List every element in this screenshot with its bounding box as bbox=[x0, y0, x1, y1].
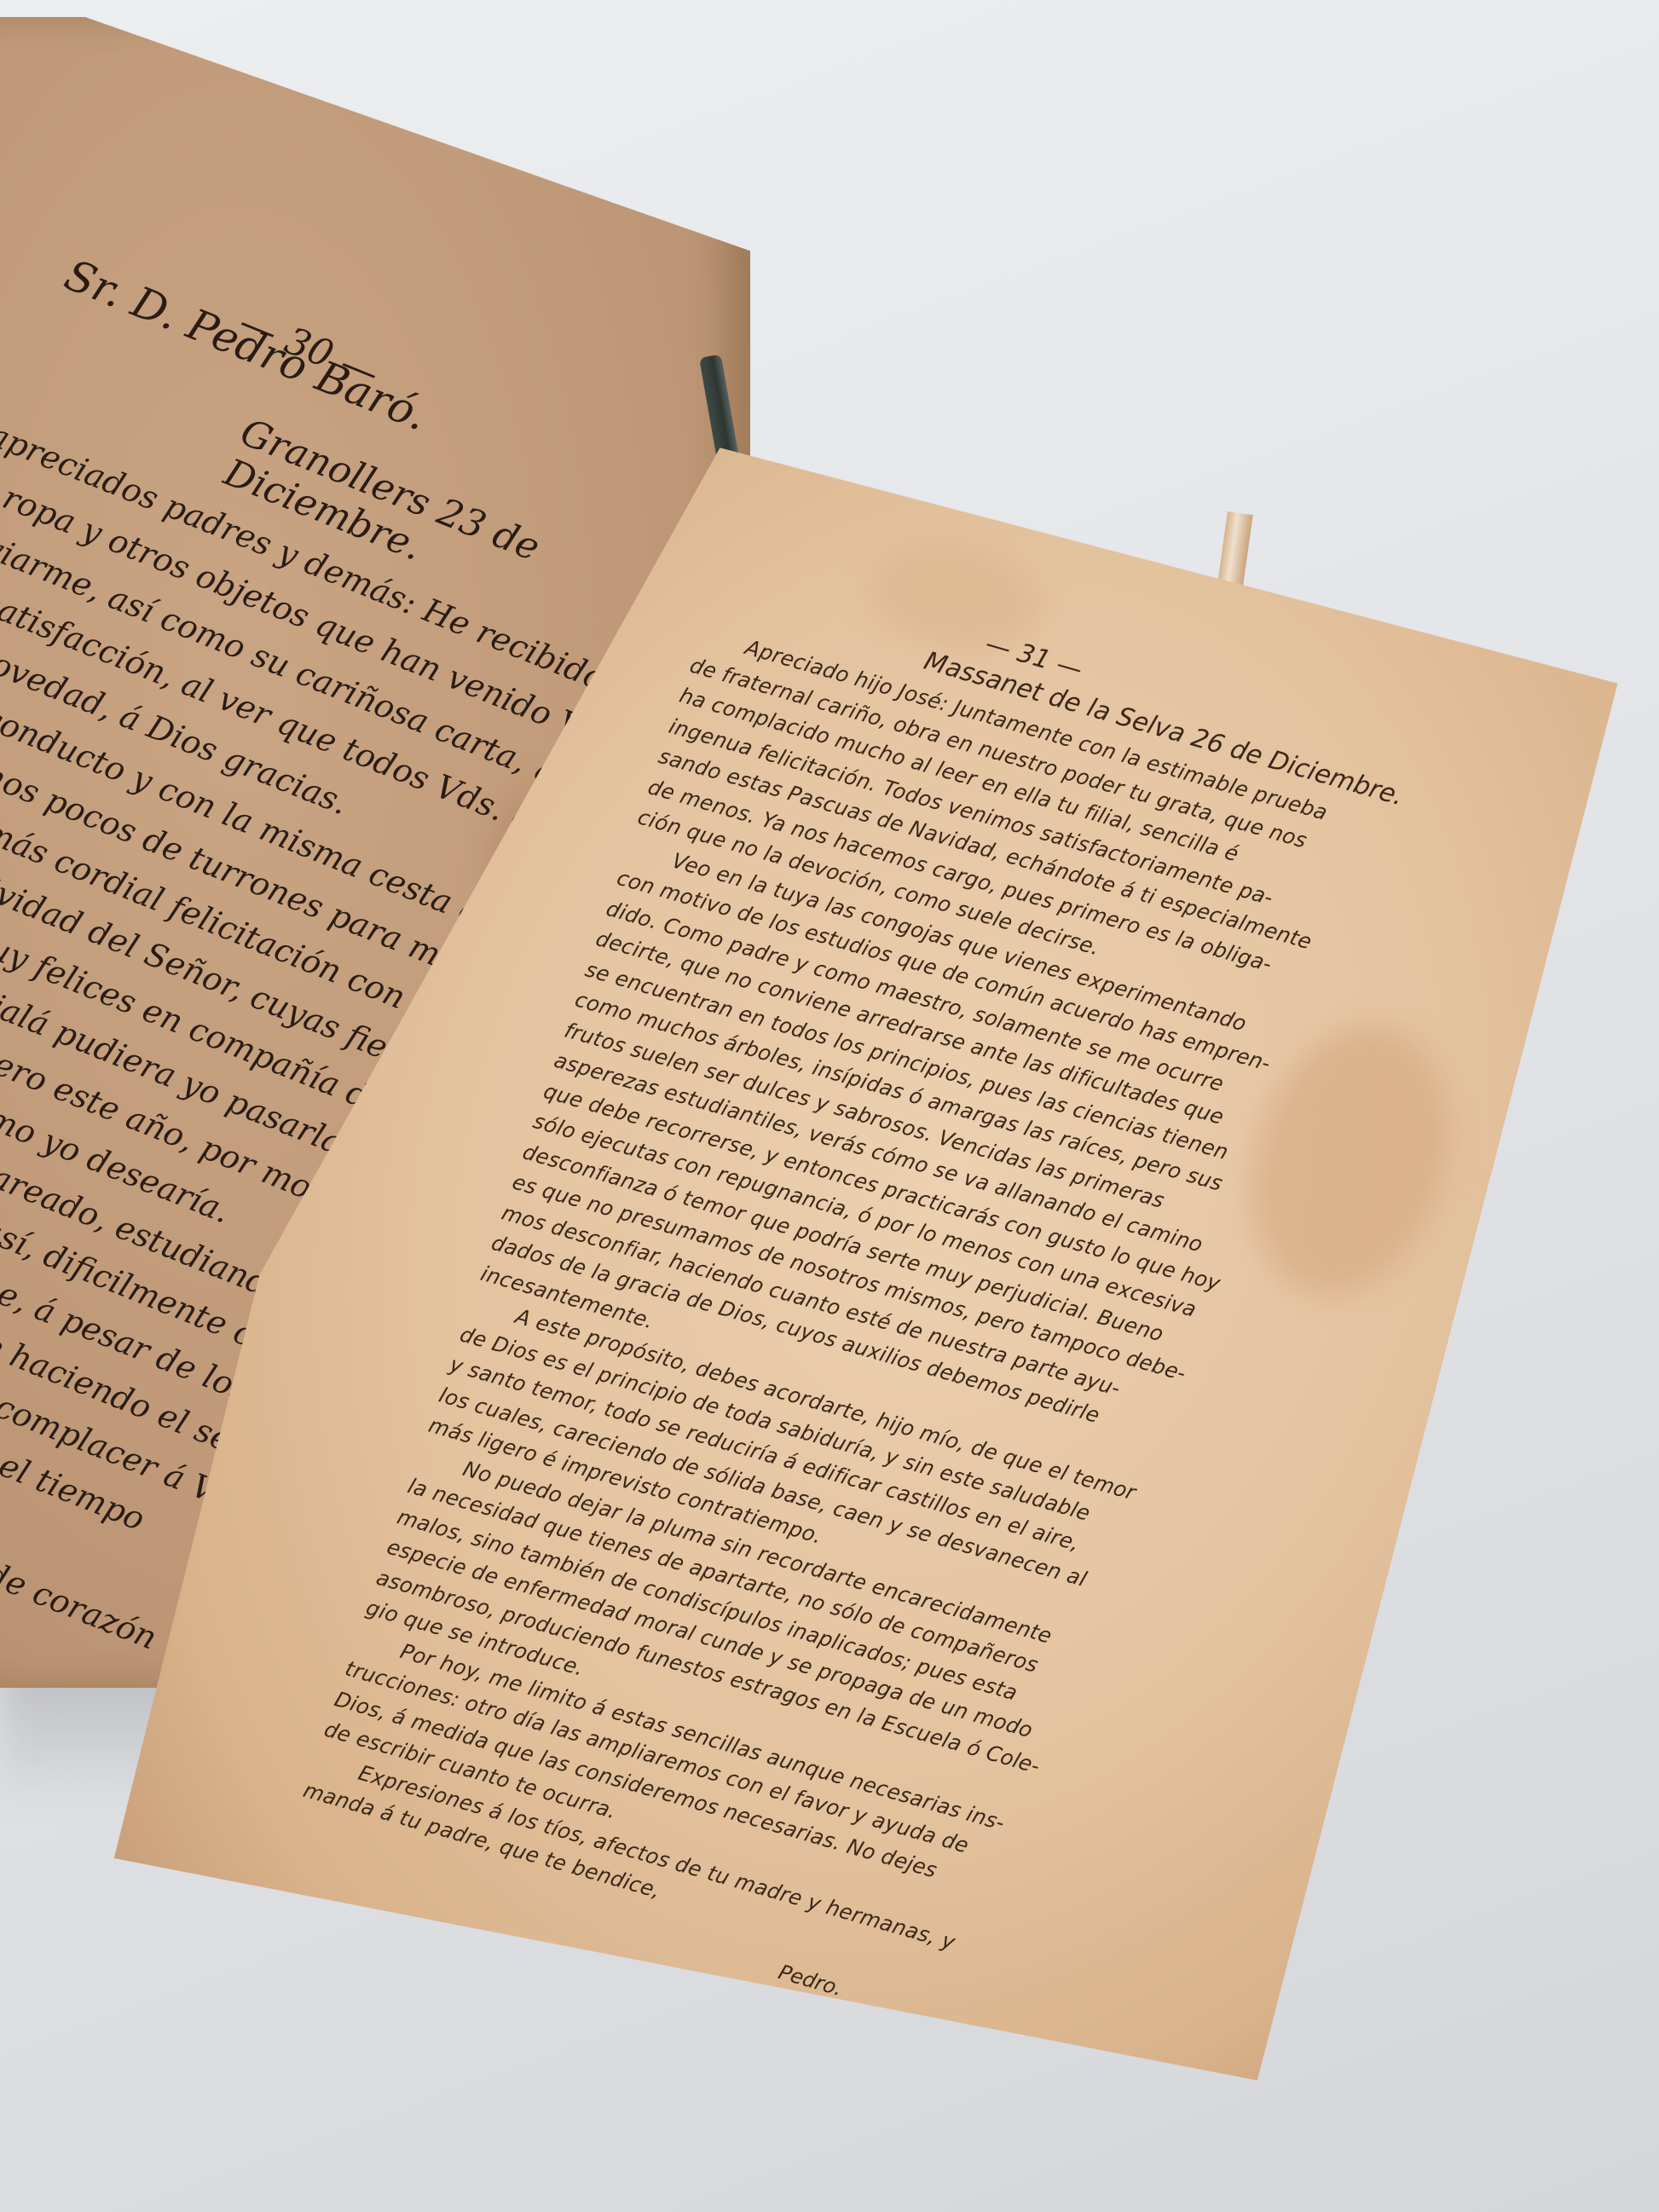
book-photo-scene: — 30 — Sr. D. Pedro Baró. Granollers 23 … bbox=[0, 0, 1659, 2212]
